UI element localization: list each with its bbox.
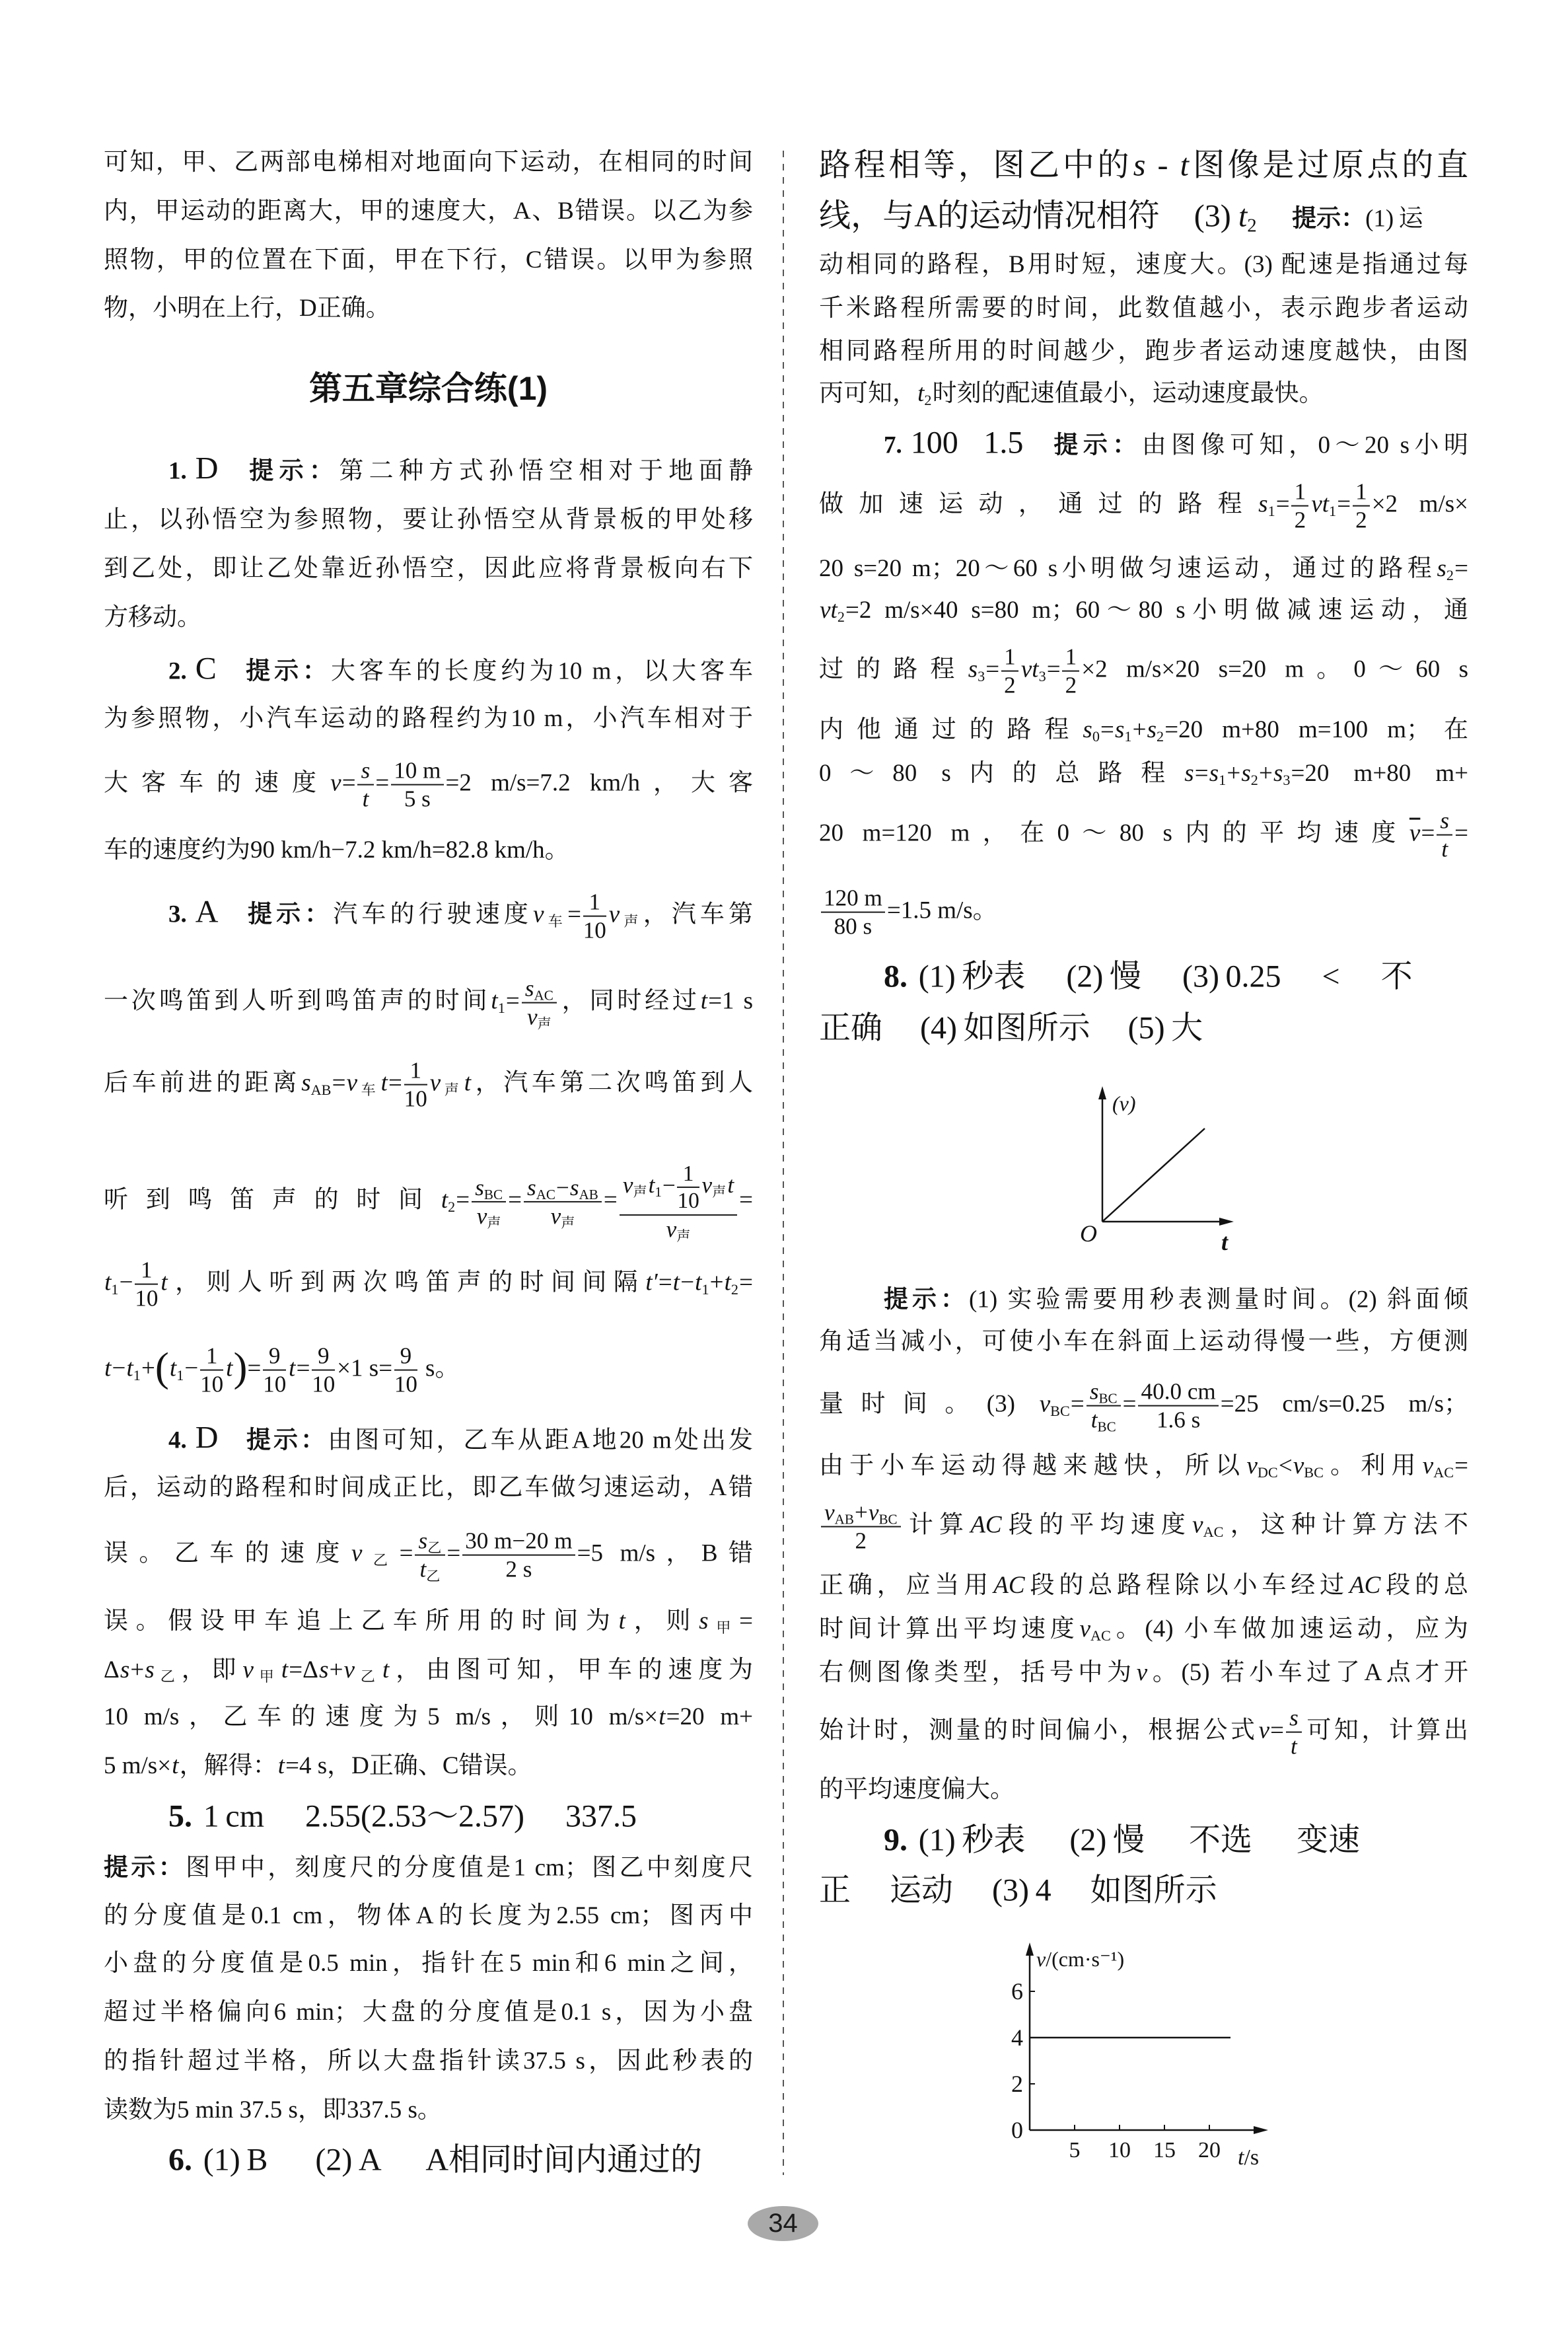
variable-symbol: v — [869, 1500, 879, 1526]
math-variable: t2 — [441, 1186, 455, 1213]
variable-symbol: t — [104, 1269, 111, 1296]
math-variable: s — [361, 758, 371, 784]
fraction: st — [1286, 1705, 1302, 1760]
variable-symbol: s — [1133, 148, 1146, 183]
math-variable: v声 — [702, 1172, 727, 1198]
text-run: ，即 — [182, 1656, 242, 1683]
text-run: 1 — [1065, 644, 1077, 670]
math-variable: t1 — [104, 1269, 118, 1296]
text-line: 5 m/s×t，解得：t=4 s，D正确、C错误。 — [104, 1750, 753, 1783]
variable-subscript: 2 — [837, 609, 845, 625]
formula-line: 一次鸣笛到人听到鸣笛声的时间t1=sACv声，同时经过t=1 s — [104, 976, 753, 1031]
fraction: 910 — [263, 1343, 286, 1398]
variable-subscript: BC — [1099, 1391, 1118, 1407]
variable-symbol: vt — [1311, 490, 1329, 517]
math-variable: v声 — [666, 1216, 691, 1242]
text-run: 10 — [200, 1372, 223, 1397]
text-run: (1) 秒表 (2) 慢 不选 变速 — [919, 1823, 1360, 1858]
question-6-answer-continued: 线，与A的运动情况相符 (3) t2 提示：(1) 运 — [819, 196, 1468, 239]
fraction: 110 — [404, 1058, 427, 1113]
variable-symbol: vt — [1021, 655, 1039, 683]
text-run: 大客车的速度 — [104, 769, 330, 796]
text-run: 过的路程 — [819, 655, 968, 683]
variable-subscript: 1 — [111, 1281, 118, 1298]
text-run: 可知，计算出 — [1304, 1716, 1468, 1744]
variable-symbol: v — [1040, 1390, 1050, 1417]
variable-symbol: v — [1246, 1452, 1257, 1479]
math-variable: s3 — [1273, 760, 1291, 787]
text-run: 一次鸣笛到人听到鸣笛声的时间 — [104, 987, 490, 1014]
text-run: 的指针超过半格，所以大盘指针读37.5 s，因此秒表的 — [104, 2048, 753, 2075]
text-run: = — [446, 1539, 460, 1567]
text-run: =4 s，D正确、C错误。 — [285, 1752, 532, 1779]
variable-symbol: t — [363, 786, 369, 812]
math-variable: t — [659, 1703, 665, 1730]
hint-label: 提示： — [1049, 431, 1142, 459]
fraction: v声t1−110v声tv声 — [620, 1162, 738, 1242]
variable-symbol: t — [289, 1354, 295, 1382]
fraction: 12 — [1001, 644, 1018, 699]
text-run: 小盘的分度值是0.5 min，指针在5 min和6 min之间， — [104, 1950, 753, 1977]
variable-symbol: s — [1083, 716, 1092, 743]
math-variable: vBC — [869, 1500, 898, 1526]
variable-symbol: v — [1423, 1452, 1433, 1479]
text-run: 。利用 — [1324, 1452, 1422, 1479]
formula-line: 过的路程s3=12vt3=12×2 m/s×20 s=20 m。0～60 s — [819, 644, 1468, 699]
variable-symbol: t — [104, 1354, 111, 1382]
text-run: 2 — [1355, 507, 1367, 533]
variable-subscript: 2 — [1157, 728, 1164, 745]
question-1-line: 1.D提示：第二种方式孙悟空相对于地面静 — [104, 448, 753, 491]
math-variable: s — [1440, 808, 1449, 834]
formula-line: vt2=2 m/s×40 s=80 m；60～80 s小明做减速运动，通 — [819, 594, 1468, 627]
text-run: 为参照物，小汽车运动的路程约为10 m，小汽车相对于 — [104, 705, 753, 732]
math-variable: t1 — [649, 1172, 662, 1198]
variable-symbol: s — [968, 655, 978, 683]
question-3-line: 3.A提示：汽车的行驶速度v车=110v声，汽车第 — [104, 889, 753, 944]
fraction: sBCv声 — [472, 1175, 506, 1230]
math-variable: t — [104, 1354, 111, 1382]
variable-symbol: t — [160, 1269, 167, 1296]
variable-symbol: s — [1273, 760, 1283, 787]
variable-subscript: 1 — [1124, 728, 1131, 745]
variable-symbol: t — [673, 1269, 680, 1296]
text-run: 听到鸣笛声的时间 — [104, 1186, 441, 1213]
math-variable: sBC — [475, 1175, 503, 1200]
variable-symbol: t — [649, 1172, 655, 1198]
text-run: 内他通过的路程 — [819, 716, 1082, 743]
text-line: 内，甲运动的距离大，甲的速度大，A、B错误。以乙为参 — [104, 195, 753, 228]
formula-line: 20 s=20 m；20～60 s小明做匀速运动，通过的路程s2= — [819, 552, 1468, 585]
x-axis-arrow-icon — [1219, 1218, 1234, 1226]
text-run: 车的速度约为90 km/h−7.2 km/h=82.8 km/h。 — [104, 836, 569, 864]
text-run: = — [247, 1354, 261, 1382]
text-run: = — [1047, 655, 1061, 683]
left-column: 可知，甲、乙两部电梯相对地面向下运动，在相同的时间 内，甲运动的距离大，甲的速度… — [104, 0, 753, 2325]
text-run: 正确 (4) 如图所示 (5) 大 — [819, 1011, 1203, 1046]
question-6-answer: 6.(1) B (2) A A相同时间内通过的 — [104, 2139, 753, 2182]
text-run: 图甲中，刻度尺的分度值是1 cm；图乙中刻度尺 — [186, 1855, 753, 1882]
math-variable: t1 — [695, 1269, 709, 1296]
fraction: sACv声 — [522, 976, 557, 1031]
math-variable: s乙 — [145, 1656, 180, 1683]
variable-subscript: 声 — [441, 1082, 462, 1098]
variable-symbol: t — [917, 380, 924, 407]
math-variable: sAC — [525, 976, 553, 1002]
fraction-denominator: 5 s — [391, 786, 444, 812]
text-run: − — [680, 1269, 694, 1296]
math-variable: v — [330, 769, 341, 796]
text-run: = — [1454, 819, 1468, 846]
fraction: 120 m80 s — [821, 885, 885, 940]
fraction-denominator: 2 s — [462, 1556, 575, 1582]
text-run: 可知，甲、乙两部电梯相对地面向下运动，在相同的时间 — [104, 149, 753, 176]
text-line: 为参照物，小汽车运动的路程约为10 m，小汽车相对于 — [104, 702, 753, 735]
fraction-numerator: 1 — [1001, 644, 1018, 672]
math-variable: t — [1180, 148, 1189, 183]
variable-symbol: v — [351, 1539, 362, 1567]
fraction-numerator: sBC — [472, 1175, 506, 1202]
text-run: = — [332, 1069, 346, 1096]
variable-subscript: BC — [1304, 1464, 1324, 1481]
math-variable: t — [727, 1172, 734, 1198]
variable-subscript: DC — [1258, 1464, 1278, 1481]
formula-line: 后车前进的距离sAB=v车t=110v声t，汽车第二次鸣笛到人 — [104, 1058, 753, 1113]
fraction: 30 m−20 m2 s — [462, 1528, 575, 1583]
variable-subscript: 1 — [1329, 503, 1336, 519]
variable-subscript: 1 — [1219, 772, 1226, 788]
text-run: 后车前进的距离 — [104, 1069, 301, 1096]
variable-symbol: t — [1441, 836, 1448, 862]
variable-subscript: 乙 — [155, 1668, 181, 1685]
text-run: = — [739, 1269, 753, 1296]
text-run: Δ — [104, 1656, 120, 1683]
text-run: 后，运动的路程和时间成正比，即乙车做匀速运动，A错 — [104, 1474, 753, 1501]
text-run: 误。乙车的速度 — [104, 1539, 351, 1567]
text-run: (1) B (2) A A相同时间内通过的 — [203, 2143, 702, 2178]
text-run: (1) 运 — [1365, 205, 1423, 233]
math-variable: s甲 — [699, 1607, 738, 1635]
fraction: 110 — [583, 889, 606, 944]
text-run: = — [1421, 819, 1435, 846]
variable-symbol: t — [172, 1752, 178, 1779]
text-run: + — [1133, 716, 1147, 743]
fraction-denominator: 10 — [135, 1285, 158, 1311]
fraction: st — [1437, 808, 1452, 863]
fraction: 110 — [135, 1257, 158, 1312]
fraction-numerator: 1 — [1062, 644, 1079, 672]
formula-line: 大客车的速度v=st=10 m5 s=2 m/s=7.2 km/h，大客 — [104, 758, 753, 813]
variable-symbol: v — [551, 1203, 561, 1229]
text-run: 的分度值是0.1 cm，物体A的长度为2.55 cm；图丙中 — [104, 1902, 753, 1929]
variable-symbol: s — [475, 1175, 484, 1200]
text-run: 物，小明在上行，D正确。 — [104, 295, 390, 322]
origin-label: O — [1080, 1220, 1097, 1247]
question-number: 4. — [168, 1427, 187, 1454]
math-variable: v乙 — [344, 1656, 381, 1683]
formula-line: 做加速运动，通过的路程s1=12vt1=12×2 m/s× — [819, 479, 1468, 534]
math-variable: t1 — [170, 1354, 184, 1382]
text-run: 5 s — [404, 786, 431, 812]
question-number: 6. — [168, 2143, 192, 2178]
variable-subscript: 2 — [1247, 215, 1256, 237]
variable-symbol: s — [1184, 760, 1194, 787]
text-run: 2 — [855, 1528, 867, 1554]
math-variable: t′ — [645, 1269, 657, 1296]
text-run: =2 m/s=7.2 km/h，大客 — [445, 769, 753, 796]
text-run: 40.0 cm — [1141, 1379, 1216, 1405]
text-run: 右侧图像类型，括号中为 — [819, 1659, 1136, 1686]
text-run: 2 s — [505, 1557, 532, 1582]
text-line: 角适当减小，可使小车在斜面上运动得慢一些，方便测 — [819, 1325, 1468, 1358]
text-run: 。(4) 小车做加速运动，应为 — [1112, 1615, 1468, 1642]
text-line: 右侧图像类型，括号中为v。(5) 若小车过了A点才开 — [819, 1656, 1468, 1689]
text-run: 。(5) 若小车过了A点才开 — [1148, 1659, 1468, 1686]
variable-subscript: AC — [1090, 1627, 1111, 1644]
text-run: 角适当减小，可使小车在斜面上运动得慢一些，方便测 — [819, 1328, 1468, 1355]
text-run: ，由图可知，甲车的速度为 — [390, 1656, 753, 1683]
math-variable: s — [1184, 760, 1194, 787]
text-run: 第二种方式孙悟空相对于地面静 — [339, 458, 753, 485]
math-variable: sAC — [527, 1175, 555, 1200]
text-run: − — [556, 1175, 569, 1200]
fraction-denominator: t乙 — [415, 1556, 445, 1582]
math-variable: s1 — [1209, 760, 1227, 787]
math-variable: vBC — [1293, 1452, 1324, 1479]
text-run: 1 — [1295, 479, 1306, 505]
variable-symbol: t — [281, 1656, 288, 1683]
math-variable: t — [281, 1656, 288, 1683]
math-variable: sAB — [570, 1175, 598, 1200]
variable-symbol: s — [1258, 490, 1267, 517]
text-run: 丙可知， — [819, 380, 917, 407]
math-variable: s0 — [1083, 716, 1100, 743]
variable-symbol: t — [1091, 1407, 1098, 1433]
fraction-denominator: t — [1286, 1733, 1302, 1759]
text-line: 读数为5 min 37.5 s，即337.5 s。 — [104, 2094, 753, 2127]
variable-subscript: 1 — [498, 1000, 505, 1016]
math-variable: t — [1291, 1734, 1297, 1759]
fraction-denominator: t — [357, 786, 373, 812]
variable-symbol: t — [381, 1069, 388, 1096]
variable-symbol: v — [702, 1172, 713, 1198]
math-variable: s — [1133, 148, 1146, 183]
text-run: = — [342, 769, 356, 796]
answer: A — [196, 894, 219, 929]
variable-symbol: s — [1090, 1379, 1099, 1405]
text-run: 1 — [141, 1257, 153, 1283]
math-variable: AC — [970, 1511, 1001, 1538]
parenthesis: ) — [234, 1344, 248, 1390]
math-variable: vBC — [1040, 1390, 1070, 1417]
variable-symbol: v — [824, 1500, 835, 1526]
text-run: ，同时经过 — [559, 987, 700, 1014]
math-variable: v车 — [347, 1069, 380, 1096]
text-run: + — [710, 1269, 724, 1296]
question-number: 7. — [884, 432, 902, 459]
question-7-line: 7.1001.5提示：由图像可知，0～20 s小明 — [819, 422, 1468, 465]
x-axis-arrow-icon — [1254, 2126, 1268, 2134]
formula-line: t−t1+(t1−110t)=910t=910×1 s=910 s。 — [104, 1343, 753, 1398]
text-run: (1) 实验需要用秒表测量时间。(2) 斜面倾 — [969, 1286, 1468, 1313]
math-variable: t — [464, 1069, 471, 1096]
math-variable: t2 — [917, 380, 931, 407]
text-run: = — [375, 769, 389, 796]
text-run: = — [508, 1186, 522, 1213]
variable-symbol: s — [319, 1656, 328, 1683]
fraction-numerator: 30 m−20 m — [462, 1528, 575, 1556]
text-run: 1 cm 2.55(2.53～2.57) 337.5 — [203, 1799, 637, 1834]
variable-subscript: AB — [311, 1082, 332, 1098]
text-run: − — [662, 1172, 676, 1198]
fraction: 12 — [1291, 479, 1308, 534]
math-variable: v声 — [623, 1172, 647, 1198]
text-line: 的分度值是0.1 cm，物体A的长度为2.55 cm；图丙中 — [104, 1900, 753, 1933]
fraction: 12 — [1062, 644, 1079, 699]
variable-subscript: AC — [534, 988, 553, 1004]
text-run: = — [456, 1186, 470, 1213]
variable-symbol: AC — [993, 1572, 1024, 1599]
text-run: 由于小车运动得越来越快，所以 — [819, 1452, 1246, 1479]
variable-subscript: 乙 — [427, 1540, 441, 1556]
text-line: 的平均速度偏大。 — [819, 1773, 1468, 1806]
text-run: = — [506, 987, 520, 1014]
variable-symbol: v — [1293, 1452, 1304, 1479]
math-variable: t — [172, 1752, 178, 1779]
text-run: = — [1270, 1716, 1284, 1744]
variable-symbol: s — [301, 1069, 310, 1096]
text-run: = — [1123, 1390, 1137, 1417]
formula-line: 120 m80 s=1.5 m/s。 — [819, 885, 1468, 940]
hint-label: 提示： — [244, 1426, 328, 1454]
text-line: 10 m/s，乙车的速度为5 m/s，则10 m/s×t=20 m+ — [104, 1701, 753, 1734]
text-run: + — [141, 1354, 155, 1382]
fraction-denominator: 10 — [677, 1188, 699, 1213]
text-run: + — [130, 1656, 144, 1683]
text-run: = — [1195, 760, 1209, 787]
math-variable: v — [1137, 1659, 1147, 1686]
text-run: ×2 m/s×20 s=20 m。0～60 s — [1081, 655, 1468, 683]
variable-symbol: t — [226, 1354, 232, 1382]
text-run: ×1 s= — [337, 1354, 392, 1382]
text-run: = — [1454, 1452, 1468, 1479]
math-variable: t — [381, 1069, 388, 1096]
text-line: 时间计算出平均速度vAC。(4) 小车做加速运动，应为 — [819, 1613, 1468, 1646]
variable-subscript: 甲 — [254, 1668, 280, 1685]
y-tick-label: 4 — [1011, 2024, 1023, 2051]
variable-symbol: t — [727, 1172, 734, 1198]
text-run: 止，以孙悟空为参照物，要让孙悟空从背景板的甲处移 — [104, 506, 753, 533]
text-run: 做加速运动，通过的路程 — [819, 490, 1258, 517]
text-run: =25 cm/s=0.25 m/s； — [1221, 1390, 1468, 1417]
text-run: ，这种计算方法不 — [1225, 1511, 1469, 1538]
fraction-denominator: tBC — [1087, 1407, 1121, 1433]
x-tick-label: 5 — [1069, 2138, 1081, 2162]
text-run: 图像是过原点的直 — [1190, 148, 1468, 183]
fraction-denominator: t — [1437, 836, 1452, 862]
math-variable: t2 — [725, 1269, 738, 1296]
text-line: 提示：图甲中，刻度尺的分度值是1 cm；图乙中刻度尺 — [104, 1851, 753, 1885]
variable-symbol: s — [1289, 1705, 1299, 1731]
math-variable: t2 — [1238, 199, 1257, 234]
text-run: 2 — [1004, 673, 1016, 698]
question-8-answer: 正确 (4) 如图所示 (5) 大 — [819, 1008, 1468, 1051]
text-run: =20 m+ — [666, 1703, 753, 1730]
text-run: =1 s — [708, 987, 753, 1014]
text-line: 千米路程所需要的时间，此数值越小，表示跑步者运动 — [819, 292, 1468, 325]
question-4-line: 4.D提示：由图可知，乙车从距A地20 m处出发 — [104, 1417, 753, 1460]
variable-symbol: t — [619, 1607, 625, 1635]
variable-symbol: v — [609, 901, 620, 928]
text-run: = — [1337, 490, 1351, 517]
variable-subscript: BC — [878, 1512, 897, 1528]
question-9-answer: 9.(1) 秒表 (2) 慢 不选 变速 — [819, 1820, 1468, 1863]
x-tick-labels: 5 10 15 20 — [1069, 2138, 1221, 2162]
fraction-denominator: 2 — [1001, 672, 1018, 698]
x-axis-label: t — [1221, 1229, 1229, 1255]
text-run: 1.6 s — [1157, 1407, 1200, 1433]
text-run: 计算 — [903, 1511, 970, 1538]
variable-symbol: t — [420, 1557, 427, 1582]
text-run: 2 — [1065, 673, 1077, 698]
answer: D — [196, 1421, 219, 1456]
text-run: =Δ — [289, 1656, 318, 1683]
variable-subscript: 乙 — [355, 1668, 381, 1685]
variable-symbol: s — [419, 1528, 428, 1554]
text-run: 20 s=20 m；20～60 s小明做匀速运动，通过的路程 — [819, 555, 1436, 582]
variable-symbol: s — [361, 758, 371, 784]
page-number: 34 — [748, 2206, 818, 2241]
variable-subscript: 声 — [487, 1215, 501, 1231]
fraction-denominator: v声 — [522, 1004, 557, 1030]
math-variable: v — [1409, 819, 1420, 846]
variable-symbol: v — [623, 1172, 633, 1198]
fraction-denominator: v声 — [620, 1216, 738, 1242]
text-run: 10 — [677, 1189, 699, 1213]
math-variable: AC — [993, 1572, 1024, 1599]
fraction-numerator: 120 m — [821, 885, 885, 913]
text-run: ×2 m/s× — [1372, 490, 1468, 517]
math-variable: AC — [1349, 1572, 1380, 1599]
fraction-denominator: 2 — [1291, 507, 1308, 533]
variable-symbol: s — [1147, 716, 1157, 743]
math-variable: s — [319, 1656, 328, 1683]
math-variable: s1 — [1115, 716, 1132, 743]
fraction-numerator: 40.0 cm — [1138, 1379, 1219, 1407]
answer: 1.5 — [983, 425, 1023, 461]
text-line: 小盘的分度值是0.5 min，指针在5 min和6 min之间， — [104, 1947, 753, 1980]
question-number: 5. — [168, 1799, 192, 1834]
text-run: = — [739, 1186, 753, 1213]
text-run: 1 — [1355, 479, 1367, 505]
variable-subscript: 甲 — [709, 1619, 739, 1636]
text-run: ，则 — [626, 1607, 698, 1635]
math-variable: vAC — [1423, 1452, 1454, 1479]
variable-symbol: vt — [820, 597, 837, 624]
variable-symbol: s — [1440, 808, 1449, 834]
variable-subscript: 2 — [731, 1281, 738, 1298]
math-variable: vDC — [1246, 1452, 1277, 1479]
question-8-answer: 8.(1) 秒表 (2) 慢 (3) 0.25 < 不 — [819, 956, 1468, 999]
variable-symbol: s — [699, 1607, 708, 1635]
text-run: 千米路程所需要的时间，此数值越小，表示跑步者运动 — [819, 295, 1468, 322]
math-variable: t — [278, 1752, 285, 1779]
math-variable: vt3 — [1021, 655, 1046, 683]
data-line — [1102, 1128, 1205, 1222]
variable-symbol: s — [1241, 760, 1250, 787]
text-run: 2 — [1295, 507, 1306, 533]
variable-subscript: 1 — [701, 1281, 709, 1298]
